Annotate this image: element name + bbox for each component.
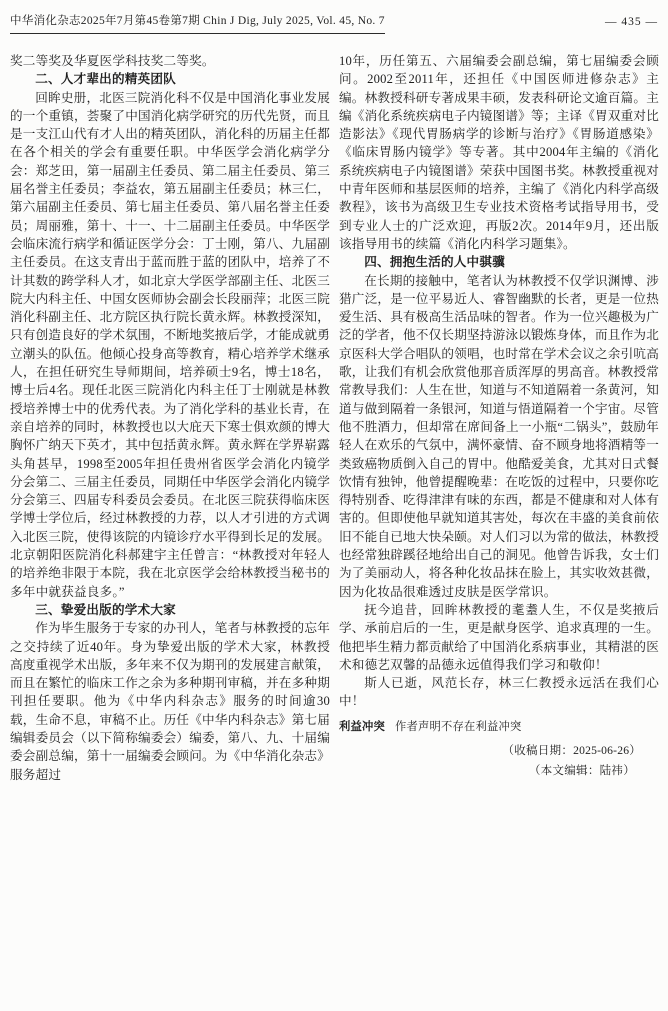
paragraph-closing: 斯人已逝，风范长存，林三仁教授永远活在我们心中！ <box>339 674 659 711</box>
section-heading-team: 二、人才辈出的精英团队 <box>10 70 330 88</box>
paragraph-tribute: 抚今追昔，回眸林教授的耄耋人生，不仅是奖掖后学、承前启后的一生，更是献身医学、追… <box>339 601 659 674</box>
journal-page: 中华消化杂志2025年7月第45卷第7期 Chin J Dig, July 20… <box>0 0 668 1011</box>
journal-citation: 中华消化杂志2025年7月第45卷第7期 Chin J Dig, July 20… <box>10 14 385 34</box>
paragraph-publishing-continued: 10年，历任第五、六届编委会副总编，第七届编委会顾问。2002至2011年，还担… <box>339 52 659 253</box>
paragraph-team: 回眸史册，北医三院消化科不仅是中国消化事业发展的一个重镇，荟聚了中国消化病学研究… <box>10 89 330 601</box>
page-number: — 435 — <box>605 15 658 34</box>
paragraph-life: 在长期的接触中，笔者认为林教授不仅学识渊博、涉猎广泛，是一位平易近人、睿智幽默的… <box>339 272 659 601</box>
conflict-of-interest-line: 利益冲突作者声明不存在利益冲突 <box>339 718 659 737</box>
section-heading-life: 四、拥抱生活的人中骐骥 <box>339 253 659 271</box>
article-body: 奖二等奖及华夏医学科技奖二等奖。 二、人才辈出的精英团队 回眸史册，北医三院消化… <box>10 52 658 784</box>
right-column: 10年，历任第五、六届编委会副总编，第七届编委会顾问。2002至2011年，还担… <box>339 52 659 784</box>
coi-statement: 作者声明不存在利益冲突 <box>395 721 521 733</box>
left-column: 奖二等奖及华夏医学科技奖二等奖。 二、人才辈出的精英团队 回眸史册，北医三院消化… <box>10 52 330 784</box>
paragraph-publishing: 作为毕生服务于专家的办刊人，笔者与林教授的忘年之交持续了近40年。身为挚爱出版的… <box>10 619 330 784</box>
section-heading-publishing: 三、挚爱出版的学术大家 <box>10 601 330 619</box>
paragraph-continuation-awards: 奖二等奖及华夏医学科技奖二等奖。 <box>10 52 330 70</box>
coi-label: 利益冲突 <box>339 721 385 733</box>
editor-note: （本文编辑：陆祎） <box>339 761 659 780</box>
received-date: （收稿日期：2025-06-26） <box>339 741 659 760</box>
running-head: 中华消化杂志2025年7月第45卷第7期 Chin J Dig, July 20… <box>10 14 658 34</box>
